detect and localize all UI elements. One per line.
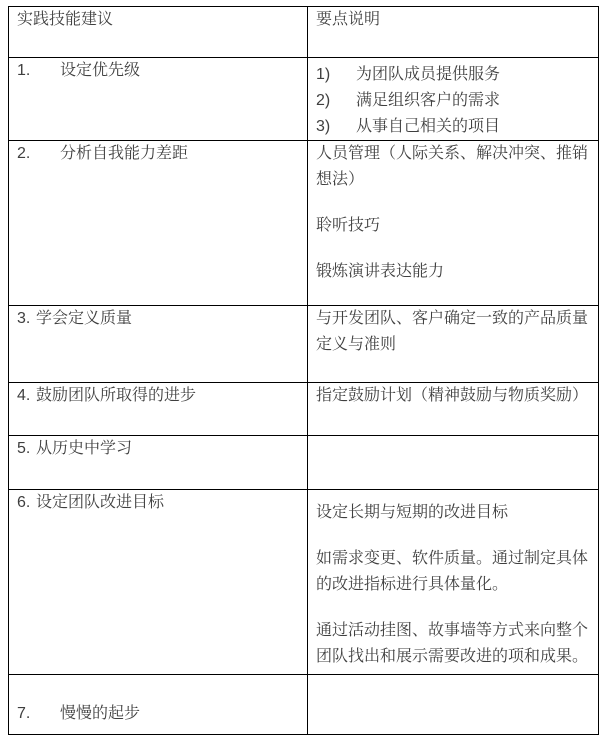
list-item: 2)满足组织客户的需求: [316, 88, 590, 114]
list-item: 1)为团队成员提供服务: [316, 62, 590, 88]
list-marker: 2): [316, 88, 356, 114]
table-row: 1.设定优先级 1)为团队成员提供服务 2)满足组织客户的需求 3)从事自己相关…: [9, 58, 599, 141]
notes-cell-empty: [308, 436, 599, 490]
skill-cell: 4.鼓励团队所取得的进步: [9, 383, 308, 436]
notes-cell: 1)为团队成员提供服务 2)满足组织客户的需求 3)从事自己相关的项目: [308, 58, 599, 141]
skill-cell: 6.设定团队改进目标: [9, 490, 308, 675]
list-item-text: 为团队成员提供服务: [356, 66, 500, 83]
table-row: 7.慢慢的起步: [9, 675, 599, 735]
table-row: 5.从历史中学习: [9, 436, 599, 490]
skill-label: 学会定义质量: [36, 310, 132, 327]
list-marker: 1): [316, 62, 356, 88]
document-table-container: 实践技能建议 要点说明 1.设定优先级 1)为团队成员提供服务 2)满足组织客户…: [8, 6, 599, 735]
notes-cell: 指定鼓励计划（精神鼓励与物质奖励）: [308, 383, 599, 436]
list-item-text: 满足组织客户的需求: [356, 92, 500, 109]
skill-cell: 3.学会定义质量: [9, 306, 308, 383]
header-notes-column: 要点说明: [308, 7, 599, 58]
skill-cell: 2.分析自我能力差距: [9, 141, 308, 306]
skill-label: 鼓励团队所取得的进步: [36, 387, 196, 404]
header-skill-column: 实践技能建议: [9, 7, 308, 58]
note-paragraph: 与开发团队、客户确定一致的产品质量定义与准则: [316, 306, 590, 358]
note-paragraph: 通过活动挂图、故事墙等方式来向整个团队找出和展示需要改进的项和成果。: [316, 618, 590, 670]
skill-cell: 7.慢慢的起步: [9, 675, 308, 735]
table-row: 2.分析自我能力差距 人员管理（人际关系、解决冲突、推销想法） 聆听技巧 锻炼演…: [9, 141, 599, 306]
skill-number: 6.: [17, 490, 36, 516]
skill-label: 慢慢的起步: [60, 705, 140, 722]
note-paragraph: 如需求变更、软件质量。通过制定具体的改进指标进行具体量化。: [316, 546, 590, 598]
notes-cell: 设定长期与短期的改进目标 如需求变更、软件质量。通过制定具体的改进指标进行具体量…: [308, 490, 599, 675]
skill-cell: 1.设定优先级: [9, 58, 308, 141]
skill-number: 1.: [17, 58, 60, 84]
table-row: 4.鼓励团队所取得的进步 指定鼓励计划（精神鼓励与物质奖励）: [9, 383, 599, 436]
note-paragraph: 人员管理（人际关系、解决冲突、推销想法）: [316, 141, 590, 193]
table-row: 6.设定团队改进目标 设定长期与短期的改进目标 如需求变更、软件质量。通过制定具…: [9, 490, 599, 675]
skill-number: 3.: [17, 306, 36, 332]
skill-cell: 5.从历史中学习: [9, 436, 308, 490]
notes-cell-empty: [308, 675, 599, 735]
list-item: 3)从事自己相关的项目: [316, 114, 590, 140]
note-paragraph: 指定鼓励计划（精神鼓励与物质奖励）: [316, 383, 590, 409]
skill-label: 从历史中学习: [36, 440, 132, 457]
skill-label: 分析自我能力差距: [60, 145, 188, 162]
list-marker: 3): [316, 114, 356, 140]
note-paragraph: 锻炼演讲表达能力: [316, 259, 590, 285]
skill-label: 设定优先级: [60, 62, 140, 79]
table-row: 3.学会定义质量 与开发团队、客户确定一致的产品质量定义与准则: [9, 306, 599, 383]
list-item-text: 从事自己相关的项目: [356, 118, 500, 135]
skill-label: 设定团队改进目标: [36, 494, 164, 511]
notes-cell: 人员管理（人际关系、解决冲突、推销想法） 聆听技巧 锻炼演讲表达能力: [308, 141, 599, 306]
skill-number: 5.: [17, 436, 36, 462]
table-header-row: 实践技能建议 要点说明: [9, 7, 599, 58]
note-paragraph: 聆听技巧: [316, 213, 590, 239]
skill-number: 4.: [17, 383, 36, 409]
note-paragraph: 设定长期与短期的改进目标: [316, 500, 590, 526]
notes-cell: 与开发团队、客户确定一致的产品质量定义与准则: [308, 306, 599, 383]
skills-table: 实践技能建议 要点说明 1.设定优先级 1)为团队成员提供服务 2)满足组织客户…: [8, 6, 599, 735]
skill-number: 2.: [17, 141, 60, 167]
skill-number: 7.: [17, 701, 60, 727]
